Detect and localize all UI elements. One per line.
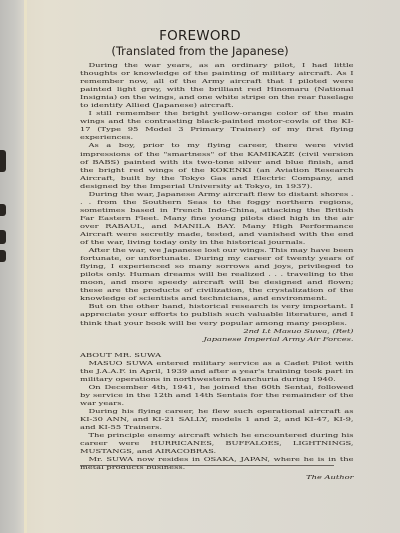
- adjacent-page-mark: [0, 230, 6, 244]
- page-subtitle: (Translated from the Japanese): [0, 44, 400, 58]
- adjacent-page-mark: [0, 250, 6, 262]
- signature-organization: Japanese Imperial Army Air Forces.: [80, 336, 354, 344]
- foreword-paragraph: I still remember the bright yellow-orang…: [80, 110, 354, 142]
- adjacent-page-mark: [0, 204, 6, 216]
- signature-name: 2nd Lt Masuo Suwa, (Ret): [80, 328, 354, 336]
- foreword-paragraph: But on the other hand, historical resear…: [80, 303, 354, 327]
- adjacent-page-edge: [0, 0, 24, 533]
- foreword-paragraph: After the war, we Japanese lost our wing…: [80, 247, 354, 303]
- author-credit: The Author: [80, 474, 354, 482]
- about-paragraph: The principle enemy aircraft which he en…: [80, 432, 354, 456]
- foreword-paragraph: During the war years, as an ordinary pil…: [80, 62, 354, 110]
- about-heading: ABOUT MR. SUWA: [80, 352, 354, 360]
- foreword-paragraph: During the war, Japanese Army aircraft f…: [80, 191, 354, 247]
- document-body: During the war years, as an ordinary pil…: [80, 62, 354, 482]
- about-paragraph: During his flying career, he flew such o…: [80, 408, 354, 432]
- adjacent-page-mark: [0, 150, 6, 172]
- page-title: FOREWORD: [0, 28, 400, 44]
- about-paragraph: MASUO SUWA entered military service as a…: [80, 360, 354, 384]
- about-paragraph: On December 4th, 1941, he joined the 60t…: [80, 384, 354, 408]
- foreword-paragraph: As a boy, prior to my flying career, the…: [80, 142, 354, 190]
- horizontal-rule: [80, 465, 334, 466]
- page-gutter: [24, 0, 27, 533]
